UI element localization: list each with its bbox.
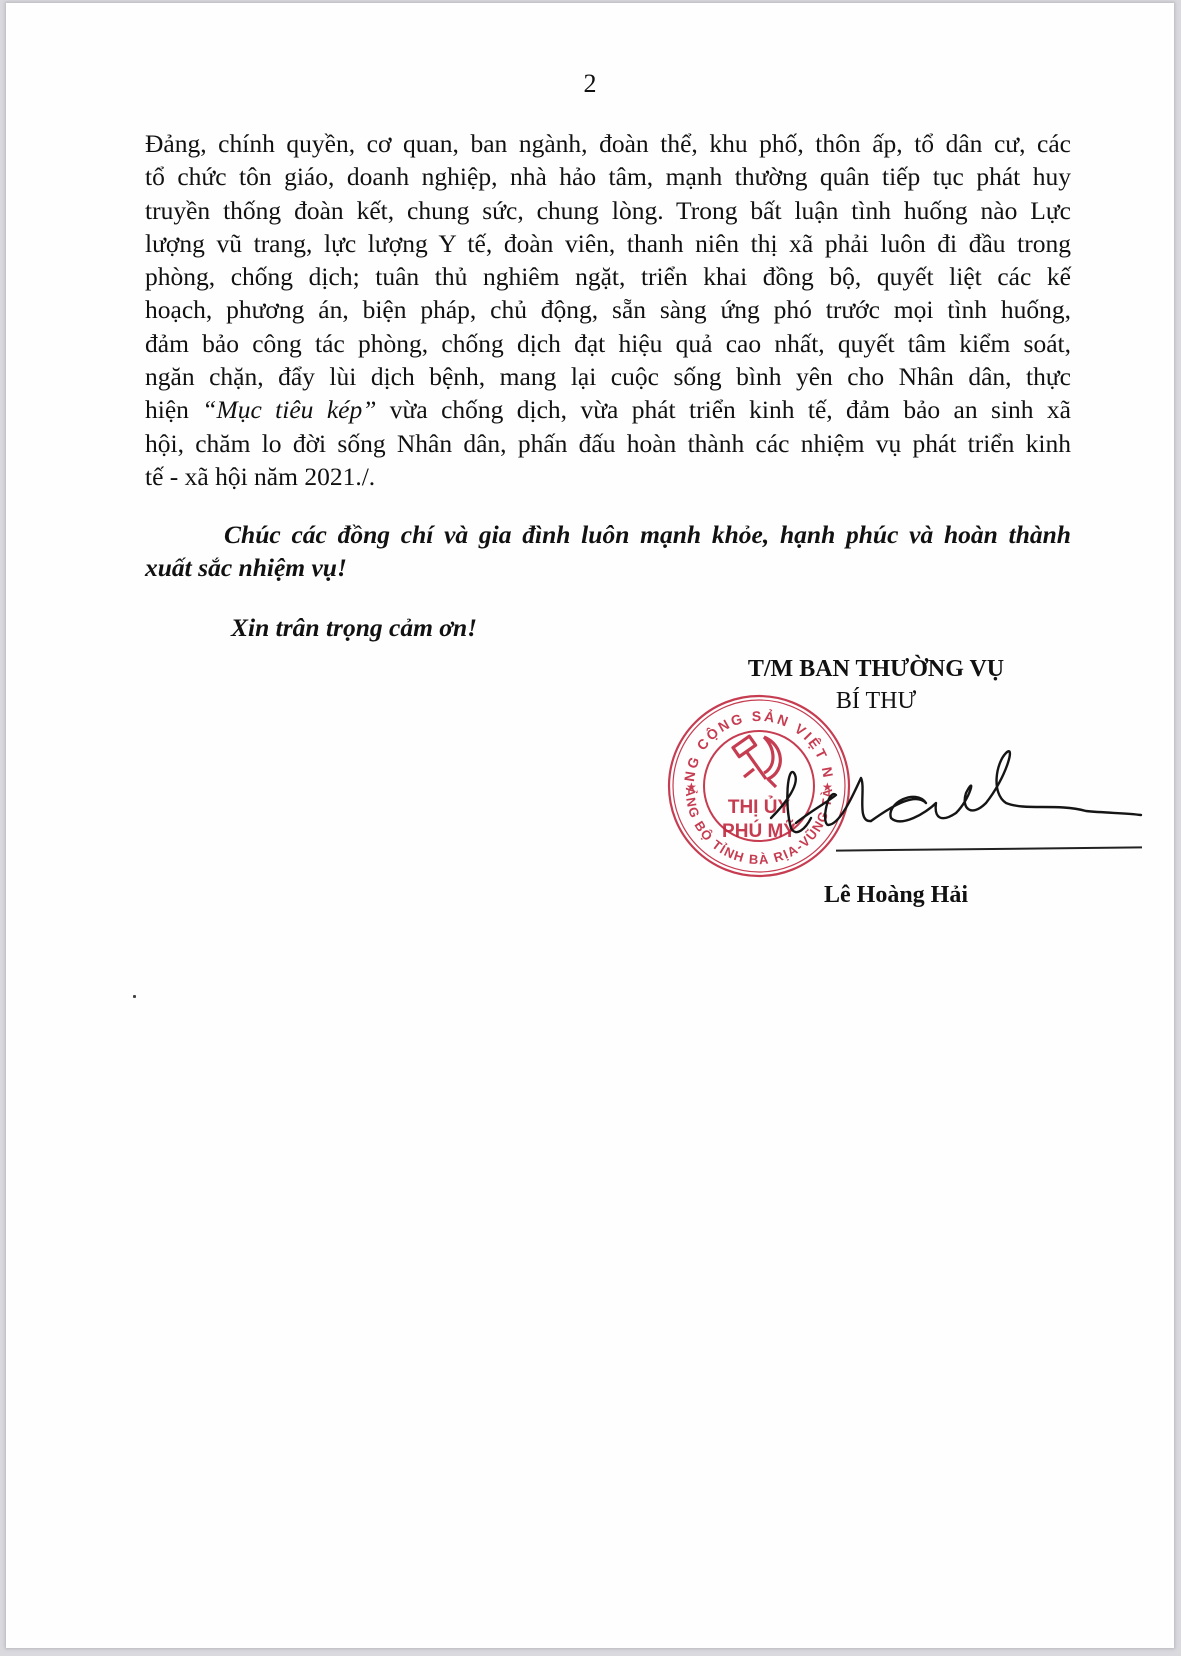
wish-line: Chúc các đồng chí và gia đình luôn mạnh …	[145, 518, 1071, 551]
body-paragraph: Đảng, chính quyền, cơ quan, ban ngành, đ…	[145, 127, 1071, 493]
italic-quote: “Mục tiêu kép”	[202, 395, 376, 424]
body-line: hoạch, phương án, biện pháp, chủ động, s…	[145, 293, 1071, 326]
body-line: hội, chăm lo đời sống Nhân dân, phấn đấu…	[145, 427, 1071, 460]
body-line: đảm bảo công tác phòng, chống dịch đạt h…	[145, 327, 1071, 360]
body-line: Đảng, chính quyền, cơ quan, ban ngành, đ…	[145, 127, 1071, 160]
body-line: hiện “Mục tiêu kép” vừa chống dịch, vừa …	[145, 393, 1071, 426]
body-line: truyền thống đoàn kết, chung sức, chung …	[145, 194, 1071, 227]
body-line: phòng, chống dịch; tuân thủ nghiêm ngặt,…	[145, 260, 1071, 293]
scan-speck	[133, 995, 136, 998]
body-line: lượng vũ trang, lực lượng Y tế, đoàn viê…	[145, 227, 1071, 260]
body-line: tế - xã hội năm 2021./.	[145, 460, 1071, 493]
body-line: tổ chức tôn giáo, doanh nghiệp, nhà hảo …	[145, 160, 1071, 193]
body-text: vừa chống dịch, vừa phát triển kinh tế, …	[376, 395, 1071, 424]
body-text: hiện	[145, 395, 202, 424]
signature-org: T/M BAN THƯỜNG VỤ	[696, 656, 1056, 683]
handwritten-signature-icon	[766, 733, 1146, 863]
body-line: ngăn chặn, đẩy lùi dịch bệnh, mang lại c…	[145, 360, 1071, 393]
closing-wish: Chúc các đồng chí và gia đình luôn mạnh …	[145, 518, 1071, 585]
svg-text:★: ★	[686, 780, 697, 794]
wish-line: xuất sắc nhiệm vụ!	[145, 553, 347, 582]
document-page: 2 Đảng, chính quyền, cơ quan, ban ngành,…	[6, 3, 1174, 1648]
signer-name: Lê Hoàng Hải	[806, 882, 986, 909]
page-number: 2	[6, 69, 1174, 99]
closing-thanks: Xin trân trọng cảm ơn!	[145, 611, 477, 644]
